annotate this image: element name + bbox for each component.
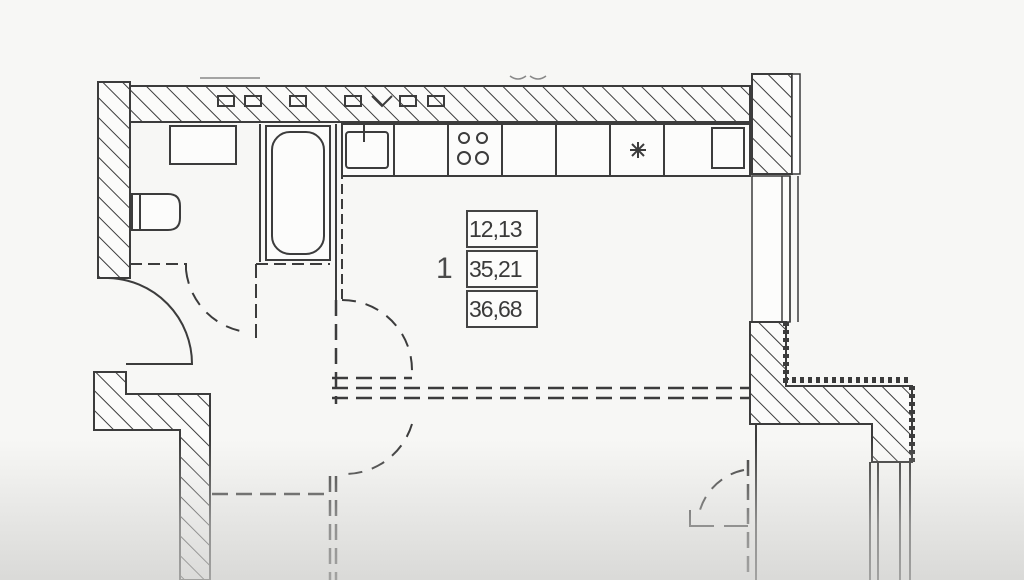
room-area-kitchen: 12,13 bbox=[466, 210, 538, 248]
wall-left-lower bbox=[94, 372, 210, 580]
wall-left bbox=[98, 82, 130, 278]
bathtub bbox=[266, 126, 330, 260]
bathroom-sink bbox=[170, 126, 236, 164]
room-area-living: 35,21 bbox=[466, 250, 538, 288]
kitchen-counter bbox=[342, 124, 750, 176]
wall-right-upper bbox=[752, 74, 800, 174]
wall-right-lower bbox=[750, 322, 912, 462]
window-right bbox=[752, 176, 798, 322]
dishwasher-icon bbox=[630, 142, 646, 158]
toilet bbox=[132, 194, 180, 230]
room-number: 1 bbox=[436, 252, 453, 286]
room-boundaries bbox=[212, 300, 750, 580]
room-area-total: 36,68 bbox=[466, 290, 538, 328]
top-fragments bbox=[200, 76, 546, 79]
wall-top bbox=[130, 86, 750, 122]
